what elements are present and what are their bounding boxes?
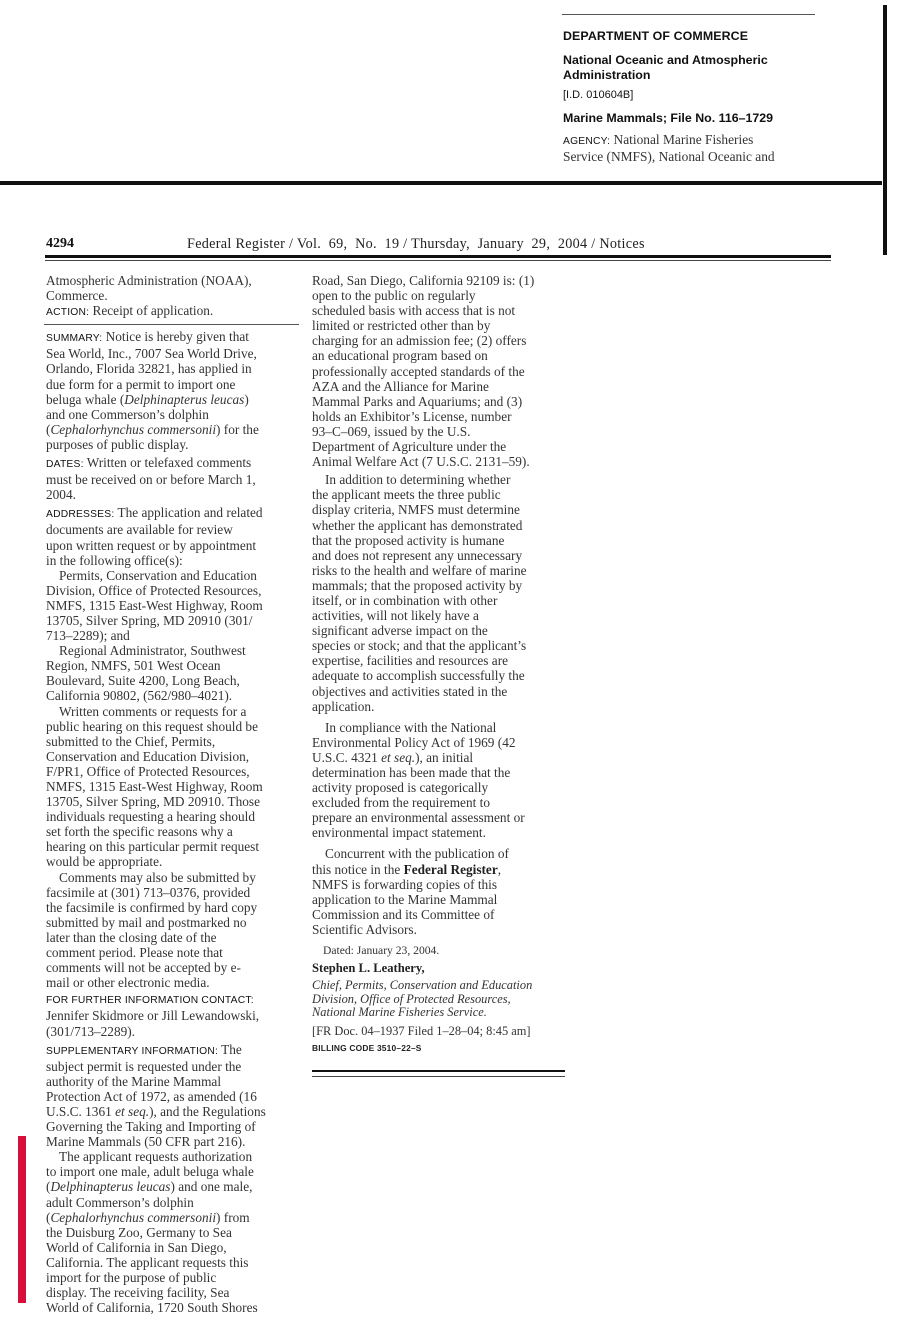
supplementary-section: SUPPLEMENTARY INFORMATION: The subject p… (46, 1042, 304, 1150)
top-divider-rule (562, 14, 815, 15)
header-rule-thick (45, 255, 831, 258)
action-section: ACTION: Receipt of application. (46, 303, 304, 320)
billing-code: BILLING CODE 3510–22–S (312, 1041, 570, 1056)
signer-name: Stephen L. Leathery, (312, 961, 570, 976)
column-2: Road, San Diego, California 92109 is: (1… (312, 273, 570, 1056)
summary-label: SUMMARY: (46, 333, 102, 344)
criteria-paragraph: Road, San Diego, California 92109 is: (1… (312, 273, 570, 469)
addresses-label: ADDRESSES: (46, 509, 114, 520)
running-title: Federal Register / Vol. 69, No. 19 / Thu… (187, 236, 645, 253)
summary-section: SUMMARY: Notice is hereby given that Sea… (46, 329, 304, 452)
red-change-marker-bar (18, 1136, 26, 1303)
action-label: ACTION: (46, 307, 89, 318)
fr-doc-line: [FR Doc. 04–1937 Filed 1–28–04; 8:45 am] (312, 1024, 570, 1039)
column-1: Atmospheric Administration (NOAA), Comme… (46, 273, 304, 1315)
agency-heading: National Oceanic and Atmospheric Adminis… (563, 53, 823, 83)
office-southwest: Regional Administrator, Southwest Region… (46, 643, 304, 703)
supplementary-label: SUPPLEMENTARY INFORMATION: (46, 1046, 218, 1057)
action-divider-rule (44, 324, 299, 325)
signer-title: Chief, Permits, Conservation and Educati… (312, 979, 570, 993)
signature-block: Dated: January 23, 2004. Stephen L. Leat… (312, 943, 570, 1056)
id-number: [I.D. 010604B] (563, 89, 823, 101)
request-paragraph: The applicant requests authorization to … (46, 1149, 304, 1315)
agency-continued: Atmospheric Administration (NOAA), Comme… (46, 273, 304, 303)
dated-line: Dated: January 23, 2004. (312, 943, 570, 958)
office-permits: Permits, Conservation and Education Divi… (46, 568, 304, 643)
department-heading: DEPARTMENT OF COMMERCE (563, 29, 823, 43)
page-number: 4294 (46, 236, 74, 252)
end-of-document-rule-thin (312, 1076, 565, 1077)
header-rule-thin (45, 260, 831, 261)
end-of-document-rule-thick (312, 1070, 565, 1072)
subject-heading: Marine Mammals; File No. 116–1729 (563, 111, 823, 125)
dates-section: DATES: Written or telefaxed comments mus… (46, 455, 304, 502)
previous-notice-header: DEPARTMENT OF COMMERCE National Oceanic … (563, 29, 823, 164)
concurrent-paragraph: Concurrent with the publication of this … (312, 846, 570, 937)
fax-paragraph: Comments may also be submitted by facsim… (46, 870, 304, 991)
dates-label: DATES: (46, 459, 84, 470)
determination-paragraph: In addition to determining whether the a… (312, 472, 570, 714)
contact-section: FOR FURTHER INFORMATION CONTACT: Jennife… (46, 993, 304, 1038)
agency-label: AGENCY: (563, 136, 610, 147)
contact-label: FOR FURTHER INFORMATION CONTACT: (46, 993, 304, 1008)
nepa-paragraph: In compliance with the National Environm… (312, 720, 570, 841)
hearing-paragraph: Written comments or requests for a publi… (46, 704, 304, 870)
page-break-bar (0, 181, 882, 185)
addresses-section: ADDRESSES: The application and related d… (46, 505, 304, 567)
agency-line: AGENCY: National Marine Fisheries Servic… (563, 133, 823, 164)
page-edge-bar (883, 5, 887, 255)
